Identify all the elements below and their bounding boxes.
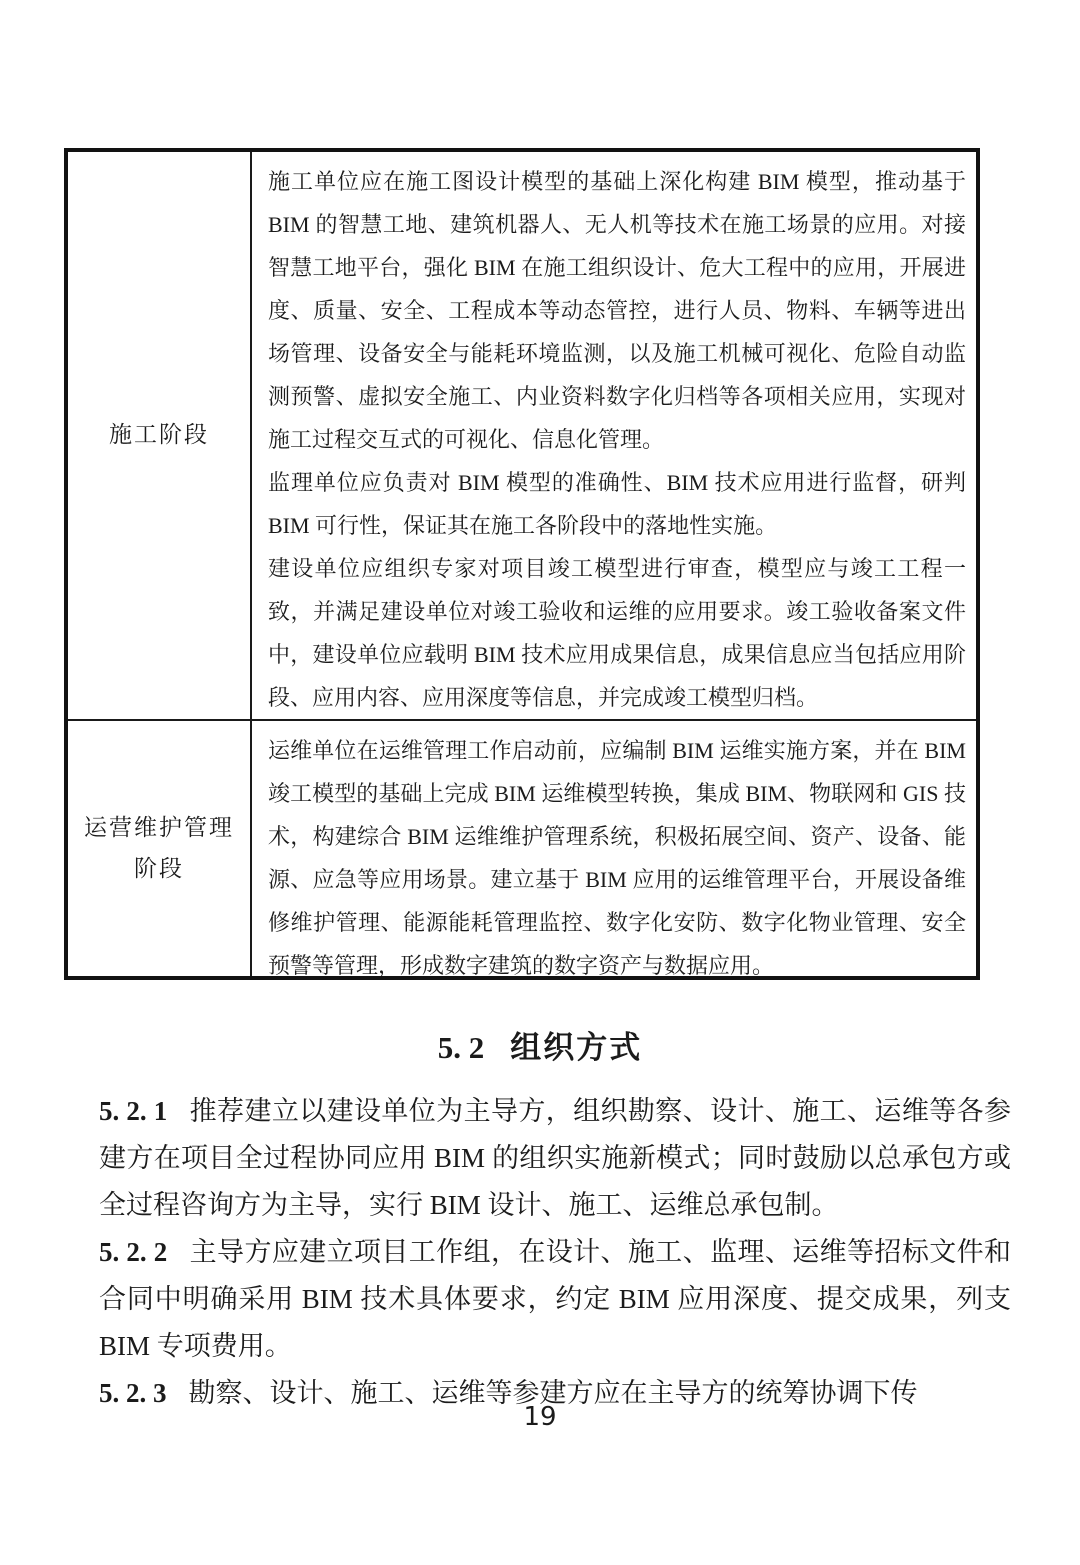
table-row-construction-stage-content: 施工单位应在施工图设计模型的基础上深化构建 BIM 模型，推动基于 BIM 的智… [252,152,976,721]
table-row-operation-stage-label: 运营维护管理阶段 [68,721,252,976]
bim-stage-table: 施工阶段 施工单位应在施工图设计模型的基础上深化构建 BIM 模型，推动基于 B… [64,148,980,980]
clause: 5. 2. 2主导方应建立项目工作组，在设计、施工、监理、运维等招标文件和合同中… [99,1229,1011,1370]
table-row-construction-stage-label: 施工阶段 [68,152,252,721]
clause-text: 推荐建立以建设单位为主导方，组织勘察、设计、施工、运维等各参建方在项目全过程协同… [99,1096,1011,1220]
paragraph: 建设单位应组织专家对项目竣工模型进行审查，模型应与竣工工程一致，并满足建设单位对… [268,547,966,719]
clause-list: 5. 2. 1推荐建立以建设单位为主导方，组织勘察、设计、施工、运维等各参建方在… [99,1088,1011,1417]
clause: 5. 2. 1推荐建立以建设单位为主导方，组织勘察、设计、施工、运维等各参建方在… [99,1088,1011,1229]
section-heading-title: 组织方式 [510,1030,642,1066]
table-row-operation-stage-content: 运维单位在运维管理工作启动前，应编制 BIM 运维实施方案，并在 BIM 竣工模… [252,721,976,976]
clause-text: 主导方应建立项目工作组，在设计、施工、监理、运维等招标文件和合同中明确采用 BI… [99,1237,1011,1361]
paragraph: 施工单位应在施工图设计模型的基础上深化构建 BIM 模型，推动基于 BIM 的智… [268,160,966,461]
paragraph: 监理单位应负责对 BIM 模型的准确性、BIM 技术应用进行监督，研判 BIM … [268,461,966,547]
paragraph: 运维单位在运维管理工作启动前，应编制 BIM 运维实施方案，并在 BIM 竣工模… [268,729,966,976]
page-number: 19 [0,1402,1080,1432]
clause-number: 5. 2. 1 [99,1096,189,1126]
section-heading: 5. 2组织方式 [0,1022,1080,1067]
document-page: 施工阶段 施工单位应在施工图设计模型的基础上深化构建 BIM 模型，推动基于 B… [0,0,1080,1565]
clause-number: 5. 2. 2 [99,1237,189,1267]
section-heading-number: 5. 2 [438,1030,485,1065]
